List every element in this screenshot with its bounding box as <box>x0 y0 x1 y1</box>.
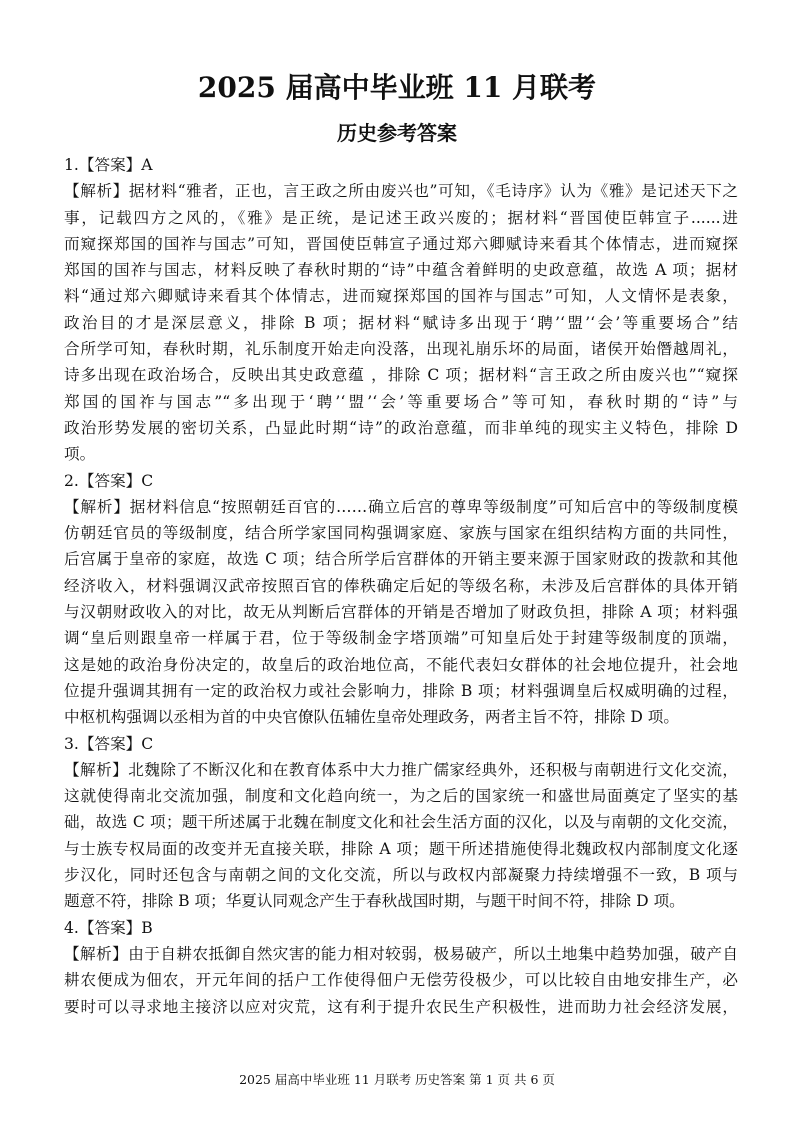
analysis-line: 位提升强调其拥有一定的政治权力或社会影响力，排除 B 项；材料强调皇后权威明确的… <box>85 678 738 704</box>
answer-label: 1.【答案】A <box>64 152 738 178</box>
analysis-line: 政治目的才是深层意义，排除 B 项；据材料“赋诗多出现于‘聘’‘盟’‘会’等重要… <box>85 310 738 336</box>
answer-label: 3.【答案】C <box>64 731 738 757</box>
analysis-line: 中枢机构强调以丞相为首的中央官僚队伍辅佐皇帝处理政务，两者主旨不符，排除 D 项… <box>85 704 738 730</box>
analysis-line: 步汉化，同时还包含与南朝之间的文化交流，所以与政权内部凝聚力持续增强不一致，B … <box>85 862 738 888</box>
question-3: 3.【答案】C 【解析】北魏除了不断汉化和在教育体系中大力推广儒家经典外，还积极… <box>64 731 738 915</box>
analysis-line: 与士族专权局面的改变并无直接关联，排除 A 项；题干所述措施使得北魏政权内部制度… <box>85 836 738 862</box>
analysis-line: 【解析】北魏除了不断汉化和在教育体系中大力推广儒家经典外，还积极与南朝进行文化交… <box>85 757 738 783</box>
analysis-line: 础，故选 C 项；题干所述属于北魏在制度文化和社会生活方面的汉化，以及与南朝的文… <box>85 809 738 835</box>
analysis-line: 仿朝廷官员的等级制度，结合所学家国同构强调家庭、家族与国家在组织结构方面的共同性… <box>85 520 738 546</box>
analysis-line: 耕农便成为佃农，开元年间的括户工作使得佃户无偿劳役极少，可以比较自由地安排生产，… <box>85 967 738 993</box>
document-subtitle: 历史参考答案 <box>0 117 794 146</box>
analysis-line: 郑国的国祚与国志，材料反映了春秋时期的“诗”中蕴含着鲜明的史政意蕴，故选 A 项… <box>85 257 738 283</box>
analysis: 【解析】由于自耕农抵御自然灾害的能力相对较弱，极易破产，所以土地集中趋势加强，破… <box>64 941 738 1020</box>
analysis-line: 与汉朝财政收入的对比，故无从判断后宫群体的开销是否增加了财政负担，排除 A 项；… <box>85 599 738 625</box>
document-title: 2025 届高中毕业班 11 月联考 <box>0 66 794 106</box>
analysis-line: 政治形势发展的密切关系，凸显此时期“诗”的政治意蕴，而非单纯的现实主义特色，排除… <box>85 415 738 441</box>
analysis-line: 【解析】由于自耕农抵御自然灾害的能力相对较弱，极易破产，所以土地集中趋势加强，破… <box>85 941 738 967</box>
analysis-line: 项。 <box>85 441 738 467</box>
analysis-line: 合所学可知，春秋时期，礼乐制度开始走向没落，出现礼崩乐坏的局面，诸侯开始僭越周礼… <box>85 336 738 362</box>
analysis-line: 要时可以寻求地主接济以应对灾荒，这有利于提升农民生产积极性，进而助力社会经济发展… <box>85 994 738 1020</box>
answer-content: 1.【答案】A 【解析】据材料“雅者，正也，言王政之所由废兴也”可知，《毛诗序》… <box>64 152 738 1020</box>
answer-label: 4.【答案】B <box>64 915 738 941</box>
answer-label: 2.【答案】C <box>64 468 738 494</box>
question-2: 2.【答案】C 【解析】据材料信息“按照朝廷百官的……确立后宫的尊卑等级制度”可… <box>64 468 738 731</box>
question-4: 4.【答案】B 【解析】由于自耕农抵御自然灾害的能力相对较弱，极易破产，所以土地… <box>64 915 738 1020</box>
analysis-line: 诗多出现在政治场合，反映出其史政意蕴 ，排除 C 项；据材料“言王政之所由废兴也… <box>85 362 738 388</box>
analysis-line: 料“通过郑六卿赋诗来看其个体情志，进而窥探郑国的国祚与国志”可知，人文情怀是表象… <box>85 283 738 309</box>
analysis-line: 经济收入，材料强调汉武帝按照百官的俸秩确定后妃的等级名称，未涉及后宫群体的具体开… <box>85 573 738 599</box>
analysis-line: 调“皇后则跟皇帝一样属于君，位于等级制金字塔顶端”可知皇后处于封建等级制度的顶端… <box>85 625 738 651</box>
analysis-line: 这是她的政治身份决定的，故皇后的政治地位高，不能代表妇女群体的社会地位提升，社会… <box>85 652 738 678</box>
analysis-line: 【解析】据材料“雅者，正也，言王政之所由废兴也”可知，《毛诗序》认为《雅》是记述… <box>85 178 738 204</box>
analysis: 【解析】据材料“雅者，正也，言王政之所由废兴也”可知，《毛诗序》认为《雅》是记述… <box>64 178 738 467</box>
analysis-line: 这就使得南北交流加强，制度和文化趋向统一，为之后的国家统一和盛世局面奠定了坚实的… <box>85 783 738 809</box>
question-1: 1.【答案】A 【解析】据材料“雅者，正也，言王政之所由废兴也”可知，《毛诗序》… <box>64 152 738 468</box>
analysis-line: 【解析】据材料信息“按照朝廷百官的……确立后宫的尊卑等级制度”可知后宫中的等级制… <box>85 494 738 520</box>
analysis-line: 而窥探郑国的国祚与国志”可知，晋国使臣韩宣子通过郑六卿赋诗来看其个体情志，进而窥… <box>85 231 738 257</box>
analysis: 【解析】据材料信息“按照朝廷百官的……确立后宫的尊卑等级制度”可知后宫中的等级制… <box>64 494 738 731</box>
analysis-line: 事，记载四方之风的，《雅》是正统，是记述王政兴废的；据材料“晋国使臣韩宣子...… <box>85 205 738 231</box>
page-footer: 2025 届高中毕业班 11 月联考 历史答案 第 1 页 共 6 页 <box>0 1070 794 1088</box>
analysis-line: 后宫属于皇帝的家庭，故选 C 项；结合所学后宫群体的开销主要来源于国家财政的拨款… <box>85 546 738 572</box>
analysis-line: 题意不符，排除 B 项；华夏认同观念产生于春秋战国时期，与题干时间不符，排除 D… <box>85 888 738 914</box>
analysis-line: 郑国的国祚与国志”“多出现于‘聘’‘盟’‘会’等重要场合”等可知，春秋时期的“诗… <box>85 389 738 415</box>
analysis: 【解析】北魏除了不断汉化和在教育体系中大力推广儒家经典外，还积极与南朝进行文化交… <box>64 757 738 915</box>
